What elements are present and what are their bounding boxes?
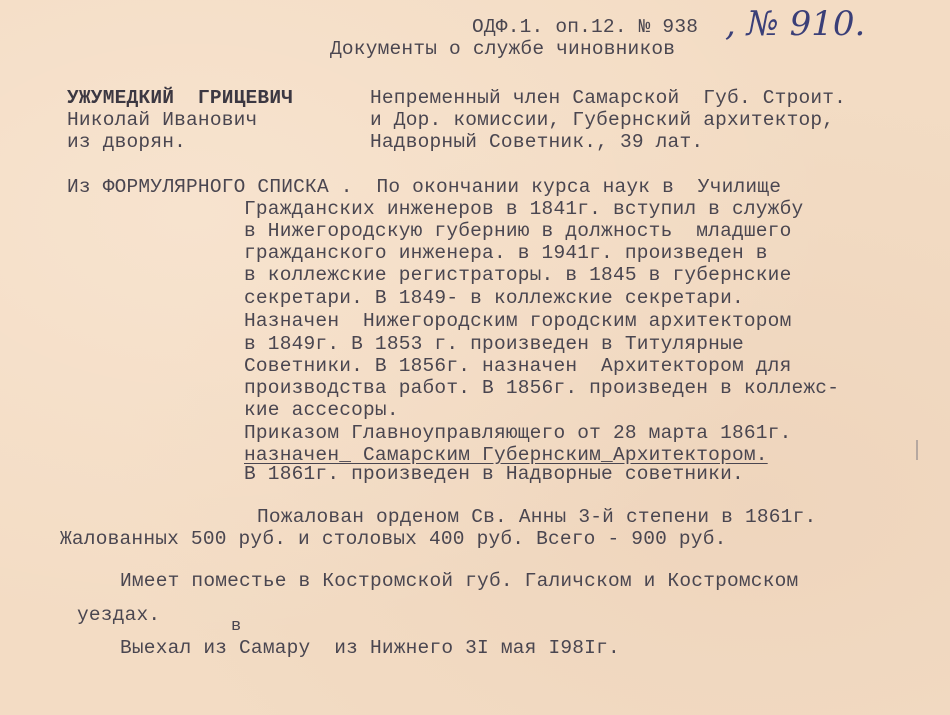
- person-surname: УЖУМЕДКИЙ ГРИЦЕВИЧ: [67, 88, 293, 109]
- service-record-line: производства работ. В 1856г. произведен …: [244, 378, 839, 399]
- handwritten-reference: , № 910.: [725, 4, 865, 44]
- position-line-2: и Дор. комиссии, Губернский архитектор,: [370, 110, 834, 131]
- collection-title: Документы о службе чиновников: [330, 39, 675, 60]
- estate-line-1: Имеет поместье в Костромской губ. Галичс…: [120, 571, 798, 592]
- person-name: Николай Иванович: [67, 110, 257, 131]
- person-origin: из дворян.: [67, 132, 186, 153]
- promotion-line: В 1861г. произведен в Надворные советник…: [244, 464, 744, 485]
- service-record-line: гражданского инженера. в 1941г. произвед…: [244, 243, 768, 264]
- service-record-line: Гражданских инженеров в 1841г. вступил в…: [244, 199, 803, 220]
- margin-mark: [916, 440, 918, 460]
- departure-line: Выехал из Самару из Нижнего 3I мая I98Iг…: [120, 638, 620, 659]
- service-record-line: Назначен Нижегородским городским архитек…: [244, 311, 792, 332]
- service-record-line: кие ассесоры.: [244, 400, 399, 421]
- service-record-line: в Нижегородскую губернию в должность мла…: [244, 221, 792, 242]
- service-record-line: секретари. В 1849- в коллежские секретар…: [244, 288, 744, 309]
- service-record-intro: Из ФОРМУЛЯРНОГО СПИСКА . По окончании ку…: [67, 177, 781, 198]
- service-record-line: Советники. В 1856г. назначен Архитекторо…: [244, 356, 792, 377]
- departure-insert: в: [231, 617, 241, 636]
- service-record-line: в 1849г. В 1853 г. произведен в Титулярн…: [244, 334, 744, 355]
- service-record-line: в коллежские регистраторы. в 1845 в губе…: [244, 265, 792, 286]
- archive-reference: ОДФ.1. оп.12. № 938: [472, 17, 698, 38]
- service-record-line: Приказом Главноуправляющего от 28 марта …: [244, 423, 792, 444]
- position-line-3: Надворный Советник., 39 лат.: [370, 132, 703, 153]
- award-line: Пожалован орденом Св. Анны 3-й степени в…: [257, 507, 816, 528]
- position-line-1: Непременный член Самарской Губ. Строит.: [370, 88, 846, 109]
- salary-line: Жалованных 500 руб. и столовых 400 руб. …: [60, 529, 727, 550]
- estate-line-2: уездах.: [77, 605, 160, 626]
